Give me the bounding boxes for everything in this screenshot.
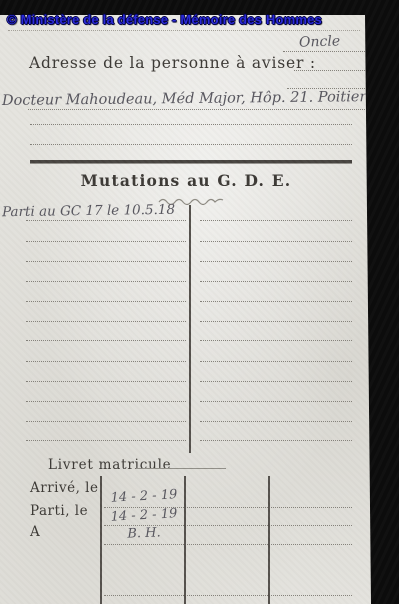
ruled-line	[28, 109, 367, 110]
mutations-row	[26, 361, 186, 362]
mutations-row	[26, 301, 186, 302]
mutations-row	[200, 220, 352, 221]
section-divider	[30, 160, 352, 163]
copyright-watermark: © Ministère de la défense - Mémoire des …	[7, 12, 322, 27]
mutations-title: Mutations au G. D. E.	[25, 171, 347, 190]
column-divider	[268, 476, 270, 604]
mutations-row	[200, 261, 352, 262]
card-top-edge-line	[8, 30, 360, 31]
column-divider	[189, 205, 191, 453]
mutations-table	[0, 205, 371, 453]
parti-date-handwriting: 14 - 2 - 19	[104, 506, 185, 525]
mutations-row	[26, 340, 186, 341]
address-label: Adresse de la personne à aviser :	[29, 54, 316, 72]
mutations-row	[26, 440, 186, 441]
address-fill-line	[294, 70, 365, 71]
mutations-row	[200, 401, 352, 402]
livret-row-line	[104, 595, 352, 596]
relation-note-handwriting: Oncle	[299, 33, 341, 50]
mutations-row	[200, 440, 352, 441]
mutations-row	[200, 241, 352, 242]
mutations-row	[200, 381, 352, 382]
mutations-row	[200, 421, 352, 422]
scan-viewport: { "watermark": { "text": "© Ministère de…	[0, 0, 399, 604]
livret-table: 14 - 2 - 19 14 - 2 - 19 B. H.	[0, 476, 371, 604]
arrive-date-handwriting: 14 - 2 - 19	[104, 487, 185, 506]
ruled-line	[30, 124, 352, 125]
address-handwriting: Docteur Mahoudeau, Méd Major, Hôp. 21. P…	[2, 89, 374, 109]
mutations-row	[26, 401, 186, 402]
mutations-row	[200, 340, 352, 341]
mutations-row	[200, 361, 352, 362]
mutations-row	[200, 321, 352, 322]
column-divider	[100, 476, 102, 604]
record-card: Oncle Adresse de la personne à aviser : …	[0, 15, 371, 604]
livret-matricule-label: Livret matricule	[48, 457, 171, 473]
a-value-handwriting: B. H.	[104, 525, 184, 543]
mutations-row	[26, 220, 186, 221]
relation-underline	[283, 51, 365, 52]
mutations-row	[26, 281, 186, 282]
column-divider	[184, 476, 186, 604]
mutations-row	[26, 421, 186, 422]
mutations-entry-handwriting: Parti au GC 17 le 10.5.18	[2, 202, 175, 220]
mutations-row	[26, 261, 186, 262]
mutations-row	[26, 241, 186, 242]
mutations-row	[26, 321, 186, 322]
mutations-row	[200, 281, 352, 282]
livret-row-line	[104, 544, 352, 545]
mutations-row	[200, 301, 352, 302]
ruled-line	[30, 144, 352, 145]
mutations-row	[26, 381, 186, 382]
livret-fill-line	[136, 468, 226, 469]
